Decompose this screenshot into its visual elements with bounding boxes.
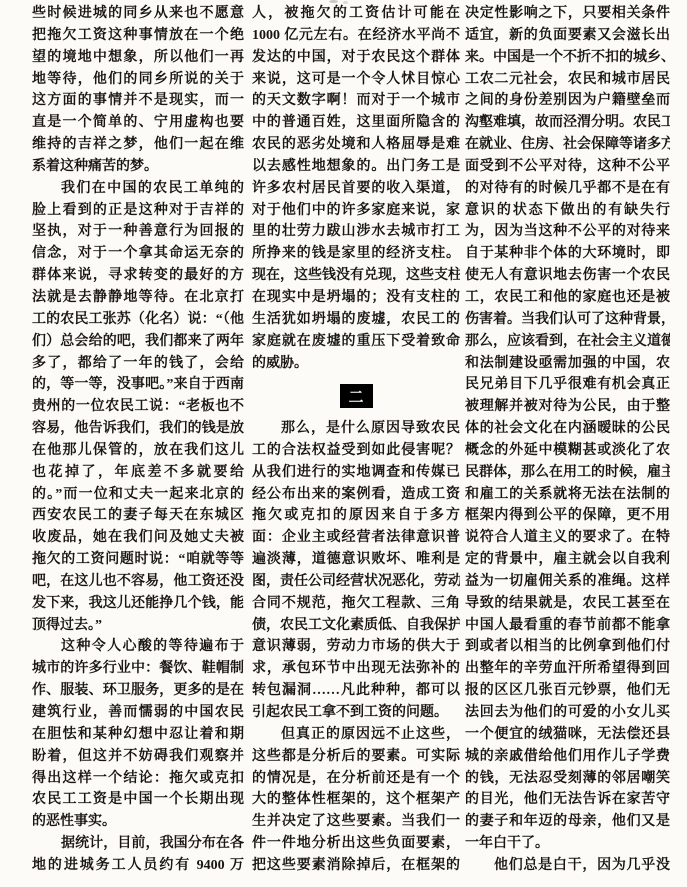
text-line: 转包漏洞……凡此种种，都可以 xyxy=(252,680,460,702)
text-line: 一年白干了。 xyxy=(465,833,670,855)
text-line: 框架内得到公平的保障，更不用 xyxy=(465,505,670,527)
text-line: 农民工工资是中国一个长期出现 xyxy=(32,789,244,811)
text-line: 概念的外延中模糊甚或淡化了农 xyxy=(465,440,670,462)
text-line: 沟壑难填，故而泾渭分明。农民工 xyxy=(465,112,670,134)
text-line: 定的背景中，雇主就会以自我利 xyxy=(465,549,670,571)
text-line: 所挣来的钱是家里的经济支柱。 xyxy=(252,243,460,265)
text-line: 遍淡薄，道德意识败坏、唯利是 xyxy=(252,549,460,571)
text-line: 工的合法权益受到如此侵害呢？ xyxy=(252,440,460,462)
text-line: 坚执，对于一种善意行为回报的 xyxy=(32,221,244,243)
text-line: 经公布出来的案例看，造成工资 xyxy=(252,484,460,506)
text-line: 的。”而一位和丈夫一起来北京的 xyxy=(32,484,244,506)
text-line: 把拖欠工资这种事情放在一个绝 xyxy=(32,25,244,47)
text-line: 出整年的辛劳血汗所希望得到回 xyxy=(465,658,670,680)
text-line: 现在，这些钱没有兑现，这些支柱 xyxy=(252,265,460,287)
text-line: 他们总是白干，因为几乎没 xyxy=(465,855,670,877)
text-line: 里的壮劳力跋山涉水去城市打工 xyxy=(252,221,460,243)
text-line: 对于他们中的许多家庭来说，家 xyxy=(252,200,460,222)
text-line: 一个便宜的绒猫咪，无法偿还县 xyxy=(465,724,670,746)
text-line: 导致的结果就是，农民工甚至在 xyxy=(465,593,670,615)
text-line: 收废品，她在我们问及她丈夫被 xyxy=(32,527,244,549)
text-line: 在就业、住房、社会保障等诸多方 xyxy=(465,134,670,156)
text-line: 1000 亿元左右。在经济水平尚不 xyxy=(252,25,460,47)
text-line: 据统计，目前，我国分布在各 xyxy=(32,833,244,855)
text-line: 民兄弟目下几乎很难有机会真正 xyxy=(465,374,670,396)
text-line: 直是一个简单的、宁用虚构也要 xyxy=(32,112,244,134)
text-line: 的目光，他们无法告诉在家苦守 xyxy=(465,789,670,811)
text-line: 生活犹如坍塌的废墟，农民工的 xyxy=(252,309,460,331)
text-line: 民群体，那么在用工的时候，雇主 xyxy=(465,462,670,484)
text-line: 容易，他告诉我们，我们的钱是放 xyxy=(32,418,244,440)
text-line: 的对待有的时候几乎都不是在有 xyxy=(465,178,670,200)
text-line: 自于某种非个体的大环境时，即 xyxy=(465,243,670,265)
text-line: 许多农村居民首要的收入渠道， xyxy=(252,178,460,200)
text-line: 引起农民工拿不到工资的问题。 xyxy=(252,702,460,724)
text-line: 那么，应该看到，在社会主义道德 xyxy=(465,331,670,353)
text-line: 求，承包环节中出现无法弥补的 xyxy=(252,658,460,680)
text-line: 吧，在这儿也不容易，他工资还没 xyxy=(32,571,244,593)
text-line: 城的亲戚借给他们用作儿子学费 xyxy=(465,746,670,768)
text-line: 些时候进城的同乡从来也不愿意 xyxy=(32,3,244,25)
text-line: 的天文数字啊！而对于一个城市 xyxy=(252,90,460,112)
text-line: 地的进城务工人员约有 9400 万 xyxy=(32,855,244,877)
text-line: 来。中国是一个不折不扣的城乡、 xyxy=(465,47,670,69)
text-line: 建筑行业，善而懦弱的中国农民 xyxy=(32,702,244,724)
text-line: 人，被拖欠的工资估计可能在 xyxy=(252,3,460,25)
text-line: 多了，都给了一年的钱了，会给 xyxy=(32,353,244,375)
text-line: 的钱，无法忍受刻薄的邻居嘲笑 xyxy=(465,768,670,790)
text-line: 望的境地中想象，所以他们一再 xyxy=(32,47,244,69)
text-line: 地等待，他们的同乡所说的关于 xyxy=(32,69,244,91)
text-line: 的妻子和年迈的母亲，他们又是 xyxy=(465,811,670,833)
text-line: 生并决定了这些要素。当我们一 xyxy=(252,811,460,833)
text-line: 报的区区几张百元钞票，他们无 xyxy=(465,680,670,702)
text-line: 家庭就在废墟的重压下受着致命 xyxy=(252,331,460,353)
text-line: 法回去为他们的可爱的小女儿买 xyxy=(465,702,670,724)
text-column-3: 决定性影响之下，只要相关条件适宜，新的负面要素又会滋长出来。中国是一个不折不扣的… xyxy=(465,3,670,877)
text-line: 适宜，新的负面要素又会滋长出 xyxy=(465,25,670,47)
text-line: 顶得过去。” xyxy=(32,615,244,637)
text-line: 体的社会文化在内涵暧昧的公民 xyxy=(465,418,670,440)
text-line: 法就是去静静地等待。在北京打 xyxy=(32,287,244,309)
text-line: 面：企业主或经营者法律意识普 xyxy=(252,527,460,549)
section-two-badge: 二 xyxy=(340,384,373,408)
text-line: 意识薄弱，劳动力市场的供大于 xyxy=(252,636,460,658)
text-line: 贵州的一位农民工说：“老板也不 xyxy=(32,396,244,418)
text-column-2: 人，被拖欠的工资估计可能在1000 亿元左右。在经济水平尚不发达的中国，对于农民… xyxy=(252,3,460,877)
text-line: 也花掉了，年底差不多就要给 xyxy=(32,462,244,484)
text-line: 从我们进行的实地调查和传媒已 xyxy=(252,462,460,484)
text-line: 得出这样一个结论：拖欠或克扣 xyxy=(32,768,244,790)
text-line: 信念，对于一个拿其命运无奈的 xyxy=(32,243,244,265)
text-line: 以去感性地想象的。出门务工是 xyxy=(252,156,460,178)
text-line: 中国人最看重的春节前都不能拿 xyxy=(465,615,670,637)
text-line: 这种令人心酸的等待遍布于 xyxy=(32,636,244,658)
text-line: 之间的身份差别因为户籍壁垒而 xyxy=(465,90,670,112)
text-line: 脸上看到的正是这种对于吉祥的 xyxy=(32,200,244,222)
text-line: 益为一切雇佣关系的准绳。这样 xyxy=(465,571,670,593)
text-line: 工农二元社会，农民和城市居民 xyxy=(465,69,670,91)
text-line: 到或者以相当的比例拿到他们付 xyxy=(465,636,670,658)
text-line: 发达的中国，对于农民这个群体 xyxy=(252,47,460,69)
text-line: 来说，这可是一个令人怵目惊心 xyxy=(252,69,460,91)
text-line: 和雇工的关系就将无法在法制的 xyxy=(465,484,670,506)
text-line: 件一件地分析出这些负面要素， xyxy=(252,833,460,855)
text-line: 债，农民工文化素质低、自我保护 xyxy=(252,615,460,637)
text-line: 中的普通百姓，这里面所隐含的 xyxy=(252,112,460,134)
text-line: 们）总会给的吧，我们都来了两年 xyxy=(32,331,244,353)
text-line: 被理解并被对待为公民，由于整 xyxy=(465,396,670,418)
text-line: 但真正的原因远不止这些， xyxy=(252,724,460,746)
text-line: 发下来，我这儿还能挣几个钱，能 xyxy=(32,593,244,615)
text-line: 工的农民工张苏（化名）说：“（他 xyxy=(32,309,244,331)
text-line: 盼着，但这并不妨碍我们观察并 xyxy=(32,746,244,768)
text-line: 决定性影响之下，只要相关条件 xyxy=(465,3,670,25)
text-line: 拖欠或克扣的原因来自于多方 xyxy=(252,505,460,527)
scanned-book-page: 些时候进城的同乡从来也不愿意把拖欠工资这种事情放在一个绝望的境地中想象，所以他们… xyxy=(0,0,687,887)
text-line: 这方面的事情并不是现实，而一 xyxy=(32,90,244,112)
text-line: 在他那儿保管的，放在我们这儿 xyxy=(32,440,244,462)
text-line: 城市的许多行业中：餐饮、鞋帽制 xyxy=(32,658,244,680)
text-line: 说符合人道主义的要求了。在特 xyxy=(465,527,670,549)
text-line: 为，因为当这种不公平的对待来 xyxy=(465,221,670,243)
text-line: 的恶性事实。 xyxy=(32,811,244,833)
text-line: 拖欠的工资问题时说：“咱就等等 xyxy=(32,549,244,571)
text-line: 在现实中是坍塌的；没有支柱的 xyxy=(252,287,460,309)
text-line: 系着这种痛苦的梦。 xyxy=(32,156,244,178)
text-line: 作、服装、环卫服务，更多的是在 xyxy=(32,680,244,702)
text-line: 西安农民工的妻子每天在东城区 xyxy=(32,505,244,527)
text-line: 的，等一等，没事吧。”来自于西南 xyxy=(32,374,244,396)
text-line: 这些都是分析后的要素。可实际 xyxy=(252,746,460,768)
text-line: 大的整体性框架的，这个框架产 xyxy=(252,789,460,811)
text-line: 群体来说，寻求转变的最好的方 xyxy=(32,265,244,287)
text-line: 和法制建设亟需加强的中国，农 xyxy=(465,353,670,375)
text-line: 的威胁。 xyxy=(252,353,460,375)
text-line: 合同不规范，拖欠工程款、三角 xyxy=(252,593,460,615)
text-line: 意识的状态下做出的有缺失行 xyxy=(465,200,670,222)
text-line: 使无人有意识地去伤害一个农民 xyxy=(465,265,670,287)
text-line: 在胆怯和某种幻想中忍让着和期 xyxy=(32,724,244,746)
text-line: 工，农民工和他的家庭也还是被 xyxy=(465,287,670,309)
text-line: 图，责任公司经营状况恶化，劳动 xyxy=(252,571,460,593)
text-line: 把这些要素消除掉后，在框架的 xyxy=(252,855,460,877)
text-line: 那么，是什么原因导致农民 xyxy=(252,418,460,440)
text-line: 面受到不公平对待，这种不公平 xyxy=(465,156,670,178)
text-line: 维持的吉祥之梦，他们一起在维 xyxy=(32,134,244,156)
text-column-1: 些时候进城的同乡从来也不愿意把拖欠工资这种事情放在一个绝望的境地中想象，所以他们… xyxy=(32,3,244,877)
text-line: 我们在中国的农民工单纯的 xyxy=(32,178,244,200)
text-line: 伤害着。当我们认可了这种背景， xyxy=(465,309,670,331)
text-line: 农民的恶劣处境和人格屈辱是难 xyxy=(252,134,460,156)
text-line: 的情况是，在分析前还是有一个 xyxy=(252,768,460,790)
section-marker-row: 二 xyxy=(252,374,460,418)
